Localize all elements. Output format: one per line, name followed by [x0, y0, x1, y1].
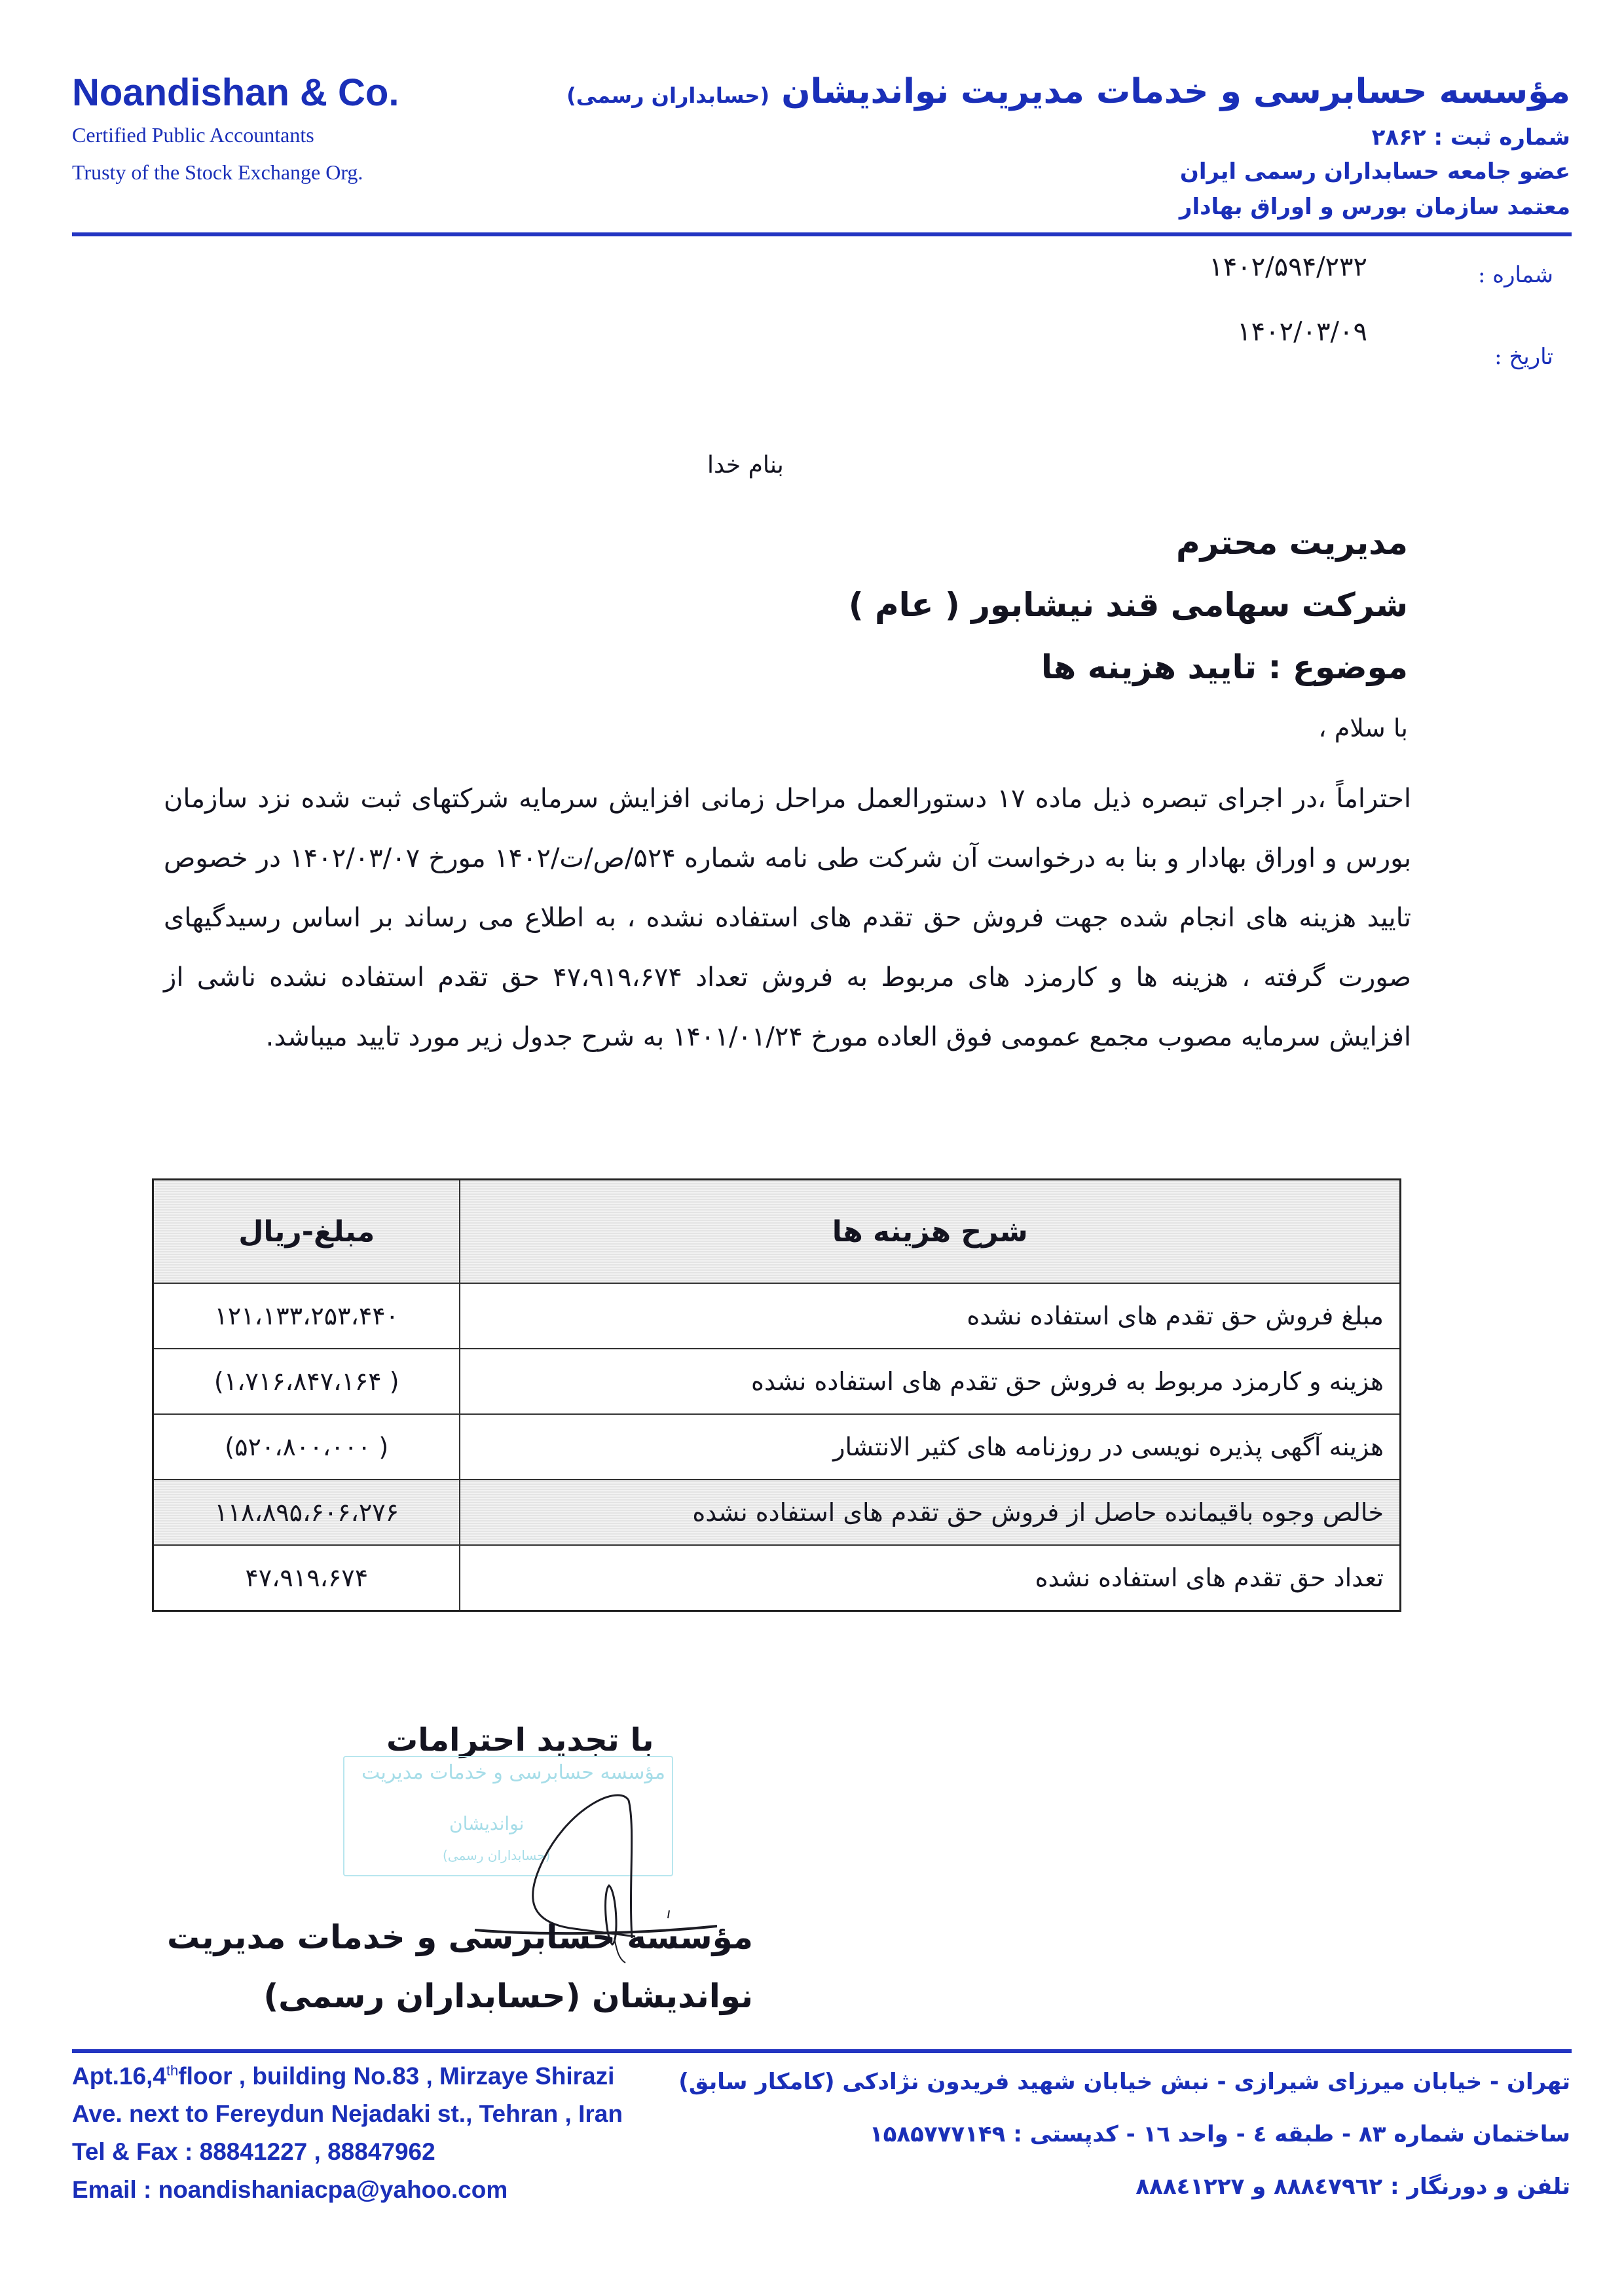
row-amount: ۱۱۸،۸۹۵،۶۰۶،۲۷۶: [153, 1480, 460, 1545]
footer-divider: [72, 2049, 1572, 2053]
footer-phone-fa: تلفن و دورنگار : ۸۸۸٤۷۹٦۲ و ۸۸۸٤۱۲۲۷: [1135, 2174, 1570, 2200]
trusty-line: معتمد سازمان بورس و اوراق بهادار: [1179, 194, 1570, 220]
row-amount: ۱۲۱،۱۳۳،۲۵۳،۴۴۰: [153, 1283, 460, 1349]
table-row: هزینه آگهی پذیره نویسی در روزنامه های کث…: [153, 1414, 1401, 1480]
membership-line: عضو جامعه حسابداران رسمی ایران: [1180, 158, 1570, 185]
invocation: بنام خدا: [707, 452, 784, 479]
table-header-row: شرح هزینه ها مبلغ-ریال: [153, 1180, 1401, 1284]
company-name-english: Noandishan & Co.: [72, 71, 399, 115]
footer-address-fa-2: ساختمان شماره ۸۳ - طبقه ٤ - واحد ١٦ - کد…: [870, 2121, 1570, 2147]
table-row: تعداد حق تقدم های استفاده نشده ۴۷،۹۱۹،۶۷…: [153, 1545, 1401, 1611]
row-description: مبلغ فروش حق تقدم های استفاده نشده: [460, 1283, 1400, 1349]
closing-salutation: با تجدید احترامات: [386, 1722, 654, 1758]
letter-date-label: تاریخ :: [1494, 344, 1553, 370]
footer-phone-en: Tel & Fax : 88841227 , 88847962: [72, 2138, 435, 2166]
row-description: هزینه و کارمزد مربوط به فروش حق تقدم های…: [460, 1349, 1400, 1414]
table-row: هزینه و کارمزد مربوط به فروش حق تقدم های…: [153, 1349, 1401, 1414]
registration-number: شماره ثبت : ۲۸۶۲: [1372, 124, 1570, 151]
header-divider: [72, 232, 1572, 236]
row-amount: ۴۷،۹۱۹،۶۷۴: [153, 1545, 460, 1611]
letter-subject: موضوع : تایید هزینه ها: [1041, 648, 1408, 686]
letter-number-label: شماره :: [1478, 262, 1553, 288]
letter-body: احتراماً ،در اجرای تبصره ذیل ماده ۱۷ دست…: [164, 769, 1411, 1067]
row-amount: ( ۱،۷۱۶،۸۴۷،۱۶۴): [153, 1349, 460, 1414]
row-description: هزینه آگهی پذیره نویسی در روزنامه های کث…: [460, 1414, 1400, 1480]
footer-email-en: Email : noandishaniacpa@yahoo.com: [72, 2176, 507, 2204]
letter-date-value: ۱۴۰۲/۰۳/۰۹: [1237, 317, 1367, 347]
greeting: با سلام ،: [1318, 714, 1408, 742]
company-subtitle-cpa: Certified Public Accountants: [72, 123, 314, 147]
company-name-persian-main: مؤسسه حسابرسی و خدمات مدیریت نواندیشان: [781, 72, 1570, 111]
signer-name-line-1: مؤسسه حسابرسی و خدمات مدیریت: [167, 1918, 753, 1956]
row-amount: ( ۵۲۰،۸۰۰،۰۰۰): [153, 1414, 460, 1480]
header-description: شرح هزینه ها: [460, 1180, 1400, 1284]
company-subtitle-trusty: Trusty of the Stock Exchange Org.: [72, 160, 363, 185]
table-row-net-total: خالص وجوه باقیمانده حاصل از فروش حق تقدم…: [153, 1480, 1401, 1545]
cost-table: شرح هزینه ها مبلغ-ریال مبلغ فروش حق تقدم…: [152, 1178, 1401, 1612]
row-description: تعداد حق تقدم های استفاده نشده: [460, 1545, 1400, 1611]
recipient-title: مدیریت محترم: [1176, 524, 1408, 562]
row-description: خالص وجوه باقیمانده حاصل از فروش حق تقدم…: [460, 1480, 1400, 1545]
stamp-line-1: مؤسسه حسابرسی و خدمات مدیریت: [361, 1761, 665, 1784]
recipient-company: شرکت سهامی قند نیشابور ( عام ): [849, 586, 1408, 624]
company-name-persian-suffix: (حسابداران رسمی): [566, 83, 769, 108]
footer-address-fa-1: تهران - خیابان میرزای شیرازی - نبش خیابا…: [678, 2069, 1570, 2095]
letter-number-value: ۱۴۰۲/۵۹۴/۲۳۲: [1209, 252, 1367, 282]
table-row: مبلغ فروش حق تقدم های استفاده نشده ۱۲۱،۱…: [153, 1283, 1401, 1349]
footer-address-en-1: Apt.16,4thfloor , building No.83 , Mirza…: [72, 2062, 614, 2090]
footer-address-apt: Apt.16,4: [72, 2062, 166, 2089]
company-name-persian: مؤسسه حسابرسی و خدمات مدیریت نواندیشان (…: [566, 72, 1570, 111]
footer-address-street: floor , building No.83 , Mirzaye Shirazi: [178, 2062, 614, 2089]
footer-address-en-2: Ave. next to Fereydun Nejadaki st., Tehr…: [72, 2100, 623, 2128]
footer-address-ordinal: th: [166, 2062, 178, 2079]
header-amount: مبلغ-ریال: [153, 1180, 460, 1284]
signer-name-line-2: نواندیشان (حسابداران رسمی): [263, 1977, 753, 2015]
